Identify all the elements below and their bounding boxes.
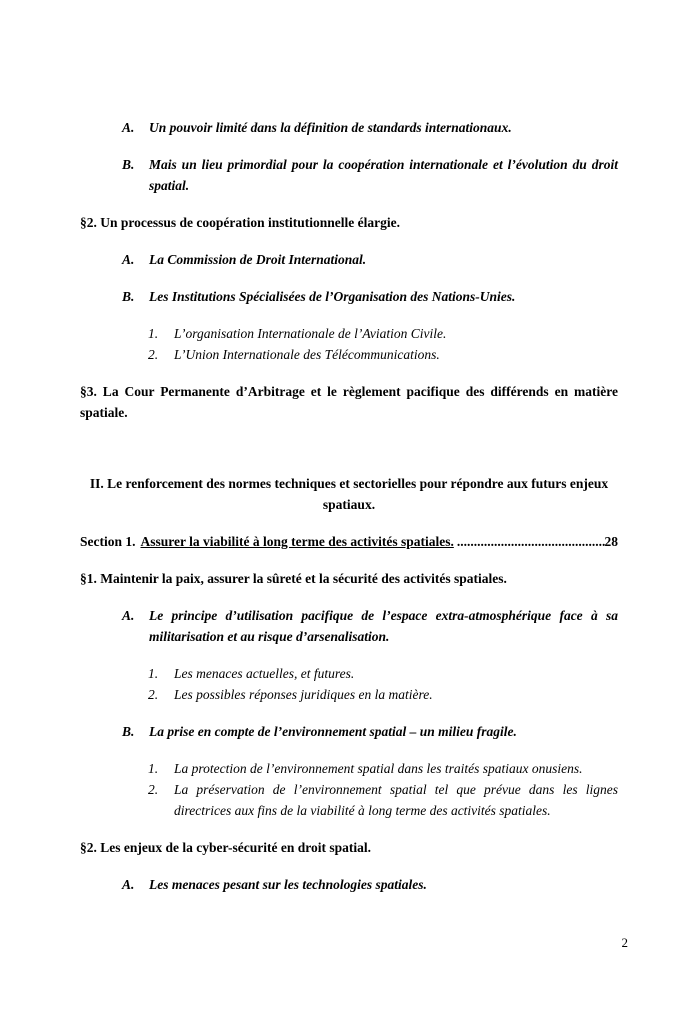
toc-item-alpha: A.Les menaces pesant sur les technologie… [80,874,618,895]
toc-item-text: Les Institutions Spécialisées de l’Organ… [149,286,618,307]
list-item-label: A. [122,249,149,270]
toc-item-number: 1.Les menaces actuelles, et futures. [148,663,618,684]
list-item-label: B. [122,721,149,742]
section-page-ref: 28 [605,531,619,552]
toc-item-text: Les menaces actuelles, et futures. [174,663,618,684]
toc-item-alpha: B.Mais un lieu primordial pour la coopér… [80,154,618,196]
list-item-label: A. [122,117,149,138]
list-item-label: 1. [148,758,174,779]
toc-list: A.Un pouvoir limité dans la définition d… [80,117,618,911]
toc-item-text: Le principe d’utilisation pacifique de l… [149,605,618,647]
page-number: 2 [622,935,629,951]
toc-item-text: La prise en compte de l’environnement sp… [149,721,618,742]
document-page: A.Un pouvoir limité dans la définition d… [0,0,700,1028]
section-prefix: Section 1. [80,531,136,552]
toc-number-group: 1.L’organisation Internationale de l’Avi… [80,323,618,365]
toc-paragraph: §2. Un processus de coopération institut… [80,212,618,233]
toc-item-number: 2.L’Union Internationale des Télécommuni… [148,344,618,365]
list-item-label: 2. [148,779,174,821]
toc-item-text: L’Union Internationale des Télécommunica… [174,344,618,365]
list-item-label: 2. [148,684,174,705]
list-item-label: 1. [148,323,174,344]
toc-item-number: 1.La protection de l’environnement spati… [148,758,618,779]
toc-paragraph: §1. Maintenir la paix, assurer la sûreté… [80,568,618,589]
toc-item-alpha: B.Les Institutions Spécialisées de l’Org… [80,286,618,307]
toc-number-group: 1.La protection de l’environnement spati… [80,758,618,821]
list-item-label: B. [122,286,149,307]
toc-item-text: L’organisation Internationale de l’Aviat… [174,323,618,344]
toc-item-number: 2.La préservation de l’environnement spa… [148,779,618,821]
toc-item-text: La Commission de Droit International. [149,249,618,270]
list-item-label: B. [122,154,149,196]
toc-item-alpha: A.La Commission de Droit International. [80,249,618,270]
toc-item-text: Les menaces pesant sur les technologies … [149,874,618,895]
toc-part-heading: II. Le renforcement des normes technique… [80,473,618,515]
list-item-label: A. [122,605,149,647]
toc-item-text: La protection de l’environnement spatial… [174,758,618,779]
toc-paragraph: §2. Les enjeux de la cyber-sécurité en d… [80,837,618,858]
toc-item-text: Les possibles réponses juridiques en la … [174,684,618,705]
toc-item-text: Un pouvoir limité dans la définition de … [149,117,618,138]
toc-paragraph: §3. La Cour Permanente d’Arbitrage et le… [80,381,618,423]
dot-leader: ........................................… [457,531,605,552]
list-item-label: 2. [148,344,174,365]
toc-item-number: 1.L’organisation Internationale de l’Avi… [148,323,618,344]
toc-number-group: 1.Les menaces actuelles, et futures.2.Le… [80,663,618,705]
toc-section-line: Section 1.Assurer la viabilité à long te… [80,531,618,552]
toc-item-alpha: B.La prise en compte de l’environnement … [80,721,618,742]
toc-item-alpha: A.Le principe d’utilisation pacifique de… [80,605,618,647]
section-title: Assurer la viabilité à long terme des ac… [141,531,454,552]
toc-item-text: La préservation de l’environnement spati… [174,779,618,821]
toc-item-text: Mais un lieu primordial pour la coopérat… [149,154,618,196]
list-item-label: 1. [148,663,174,684]
toc-item-alpha: A.Un pouvoir limité dans la définition d… [80,117,618,138]
list-item-label: A. [122,874,149,895]
toc-item-number: 2.Les possibles réponses juridiques en l… [148,684,618,705]
